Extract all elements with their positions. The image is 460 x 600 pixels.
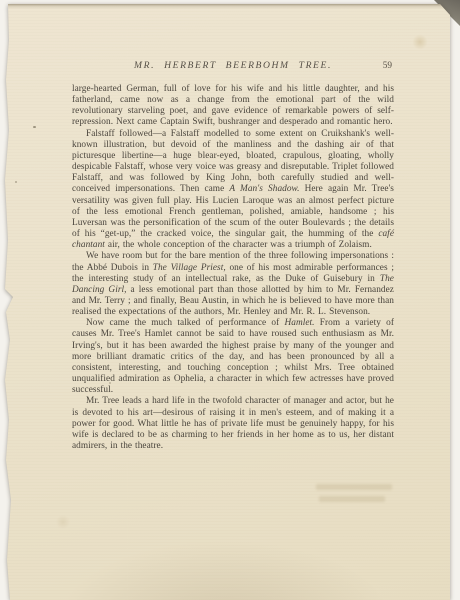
text-run: large-hearted German, full of love for h… [72, 84, 394, 127]
italic-text-run: A Man's Shadow. [229, 184, 299, 194]
foxing-speck [33, 126, 36, 128]
text-run: Mr. Tree leads a hard life in the twofol… [72, 396, 394, 451]
foxing-speck [15, 181, 17, 183]
show-through-smudge [316, 484, 392, 490]
show-through-smudge [319, 496, 385, 502]
page-number: 59 [383, 61, 392, 71]
foxing-speck [109, 382, 111, 384]
text-run: air, the whole conception of the charact… [105, 240, 372, 250]
paragraph: Now came the much talked of performance … [72, 318, 394, 396]
text-run: Now came the much talked of performance … [86, 318, 284, 328]
scanned-book-page: MR. HERBERT BEERBOHM TREE. 59 large-hear… [0, 0, 460, 600]
paragraph: We have room but for the bare mention of… [72, 251, 394, 318]
page-wrapper: MR. HERBERT BEERBOHM TREE. 59 large-hear… [0, 0, 460, 600]
header-title: MR. HERBERT BEERBOHM TREE. [134, 60, 332, 71]
page-content: MR. HERBERT BEERBOHM TREE. 59 large-hear… [0, 0, 450, 600]
italic-text-run: Hamlet. [284, 318, 314, 328]
running-header: MR. HERBERT BEERBOHM TREE. 59 [72, 60, 394, 71]
paragraph: large-hearted German, full of love for h… [72, 84, 394, 129]
text-run: From a variety of causes Mr. Tree's Haml… [72, 318, 394, 395]
paragraph: Falstaff followed—a Falstaff modelled to… [72, 129, 394, 252]
italic-text-run: The Village Priest, [153, 263, 226, 273]
paragraph: Mr. Tree leads a hard life in the twofol… [72, 396, 394, 452]
book-page: MR. HERBERT BEERBOHM TREE. 59 large-hear… [0, 0, 450, 600]
page-body-text: large-hearted German, full of love for h… [72, 84, 394, 452]
